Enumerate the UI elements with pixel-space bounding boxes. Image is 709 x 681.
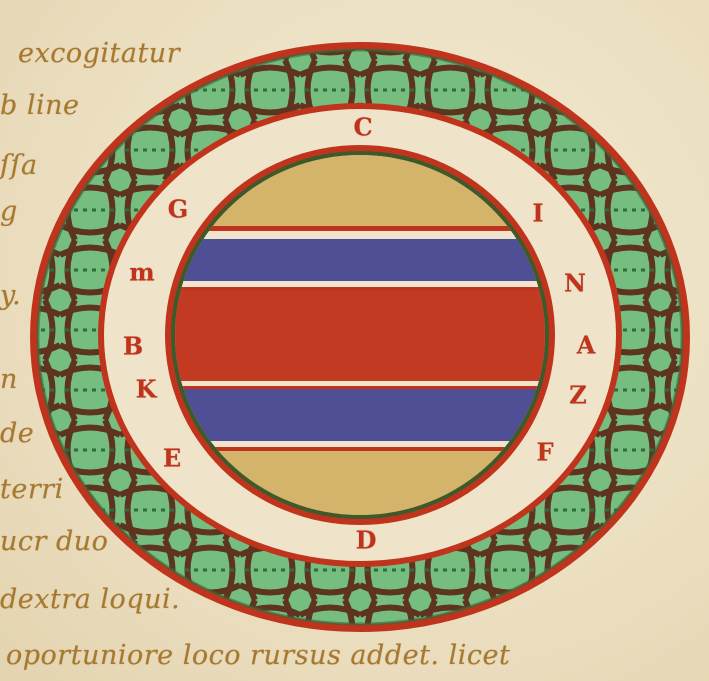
zone-letter: K <box>136 375 157 404</box>
zone-letter: Z <box>569 381 587 410</box>
zone-letter: B <box>123 332 143 361</box>
zone-letter: F <box>536 438 553 467</box>
zone-letter: A <box>577 331 596 360</box>
zone-letter: I <box>532 199 543 228</box>
zone-letter: G <box>168 195 189 224</box>
zone-letter: m <box>129 258 154 287</box>
zone-letter: C <box>353 113 372 142</box>
zonal-world-map <box>0 0 709 681</box>
zone-letter: E <box>163 444 181 473</box>
north-temperate-zone <box>160 239 560 281</box>
zone-letter: N <box>564 269 586 298</box>
zone-letter: D <box>356 526 377 555</box>
torrid-zone <box>160 291 560 381</box>
manuscript-page: excogitaturb lineſſagy.ndeterriucr duode… <box>0 0 709 681</box>
south-temperate-zone <box>160 389 560 441</box>
